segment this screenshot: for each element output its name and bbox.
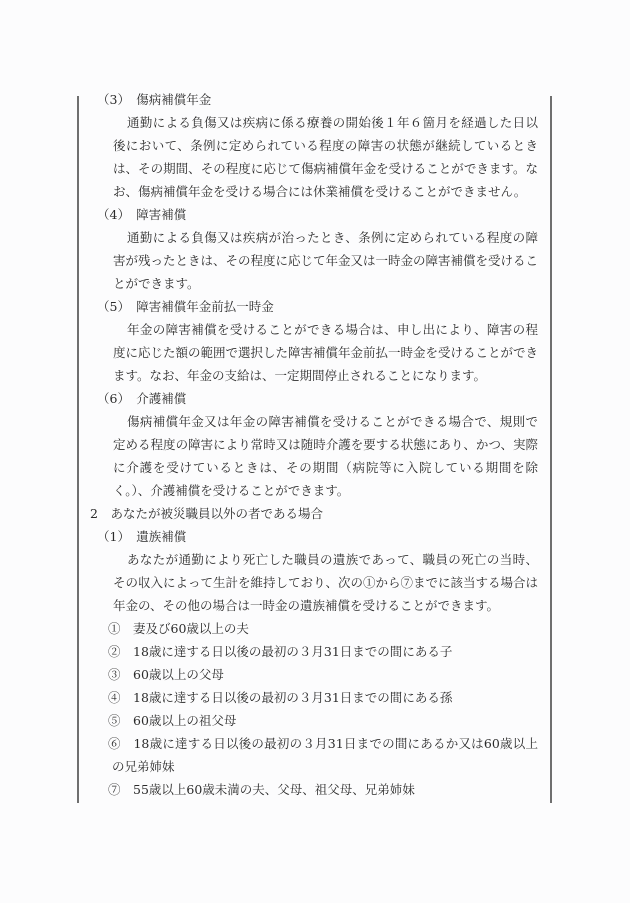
document-content: （3） 傷病補償年金通勤による負傷又は疾病に係る療養の開始後１年６箇月を経過した…: [78, 88, 550, 801]
list-item: ⑥ 18歳に達する日以後の最初の３月31日までの間にあるか又は60歳以上の兄弟姉…: [78, 732, 538, 778]
paragraph: 傷病補償年金又は年金の障害補償を受けることができる場合で、規則で定める程度の障害…: [78, 410, 538, 502]
subsection-heading: （1） 遺族補償: [78, 525, 538, 548]
paragraph: 年金の障害補償を受けることができる場合は、申し出により、障害の程度に応じた額の範…: [78, 318, 538, 387]
list-item: ④ 18歳に達する日以後の最初の３月31日までの間にある孫: [78, 686, 538, 709]
list-item: ⑤ 60歳以上の祖父母: [78, 709, 538, 732]
table-border-right: [550, 96, 552, 803]
paragraph: 通勤による負傷又は疾病が治ったとき、条例に定められている程度の障害が残ったときは…: [78, 226, 538, 295]
list-item: ② 18歳に達する日以後の最初の３月31日までの間にある子: [78, 640, 538, 663]
subsection-heading: （6） 介護補償: [78, 387, 538, 410]
subsection-heading: （3） 傷病補償年金: [78, 88, 538, 111]
list-item: ③ 60歳以上の父母: [78, 663, 538, 686]
paragraph: あなたが通勤により死亡した職員の遺族であって、職員の死亡の当時、その収入によって…: [78, 548, 538, 617]
list-item: ⑦ 55歳以上60歳未満の夫、父母、祖父母、兄弟姉妹: [78, 778, 538, 801]
paragraph: 通勤による負傷又は疾病に係る療養の開始後１年６箇月を経過した日以後において、条例…: [78, 111, 538, 203]
subsection-heading: （4） 障害補償: [78, 203, 538, 226]
section-heading: 2 あなたが被災職員以外の者である場合: [78, 502, 538, 525]
subsection-heading: （5） 障害補償年金前払一時金: [78, 295, 538, 318]
document-page: （3） 傷病補償年金通勤による負傷又は疾病に係る療養の開始後１年６箇月を経過した…: [0, 0, 630, 903]
list-item: ① 妻及び60歳以上の夫: [78, 617, 538, 640]
